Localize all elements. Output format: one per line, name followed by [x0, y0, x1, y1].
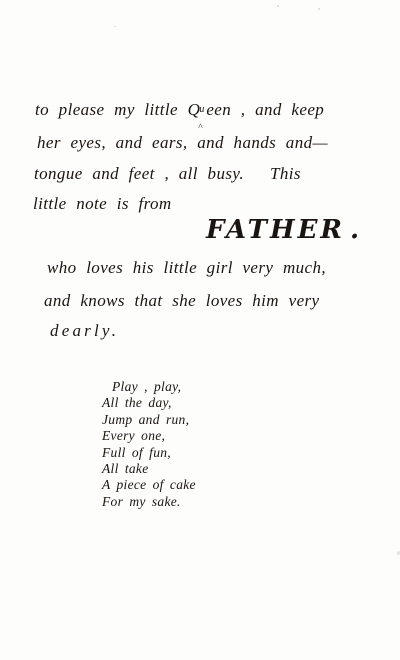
letter-line-6: and knows that she loves him very	[44, 290, 320, 311]
poem-line: All the day,	[102, 395, 196, 411]
poem-line: For my sake.	[102, 494, 196, 510]
letter-line-1-pre: to please my little	[35, 100, 188, 119]
letter-line-3: tongue and feet , all busy.This	[34, 163, 301, 184]
poem-line: A piece of cake	[102, 477, 196, 493]
father-heading: FATHER.	[206, 215, 359, 245]
poem-line: Every one,	[102, 428, 196, 444]
poem-line: Full of fun,	[102, 445, 196, 461]
scan-speckle	[277, 5, 279, 7]
letter-line-4: little note is from	[33, 193, 172, 214]
poem-line: All take	[102, 461, 196, 477]
letter-line-5: who loves his little girl very much,	[47, 257, 326, 278]
scanned-letter-page: to please my little Qu^een , and keep he…	[0, 0, 400, 660]
letter-line-2: her eyes, and ears, and hands and—	[37, 132, 328, 153]
father-word: FATHER	[206, 215, 345, 245]
poem-line: Jump and run,	[102, 412, 196, 428]
queen-rest: een	[206, 100, 231, 119]
scan-speckle	[114, 26, 116, 27]
letter-line-3-tail: This	[270, 163, 301, 184]
letter-line-1: to please my little Qu^een , and keep	[35, 99, 324, 120]
poem-line: Play , play,	[102, 379, 196, 395]
poem-block: Play , play, All the day, Jump and run, …	[102, 379, 196, 510]
father-punctuation: .	[350, 215, 359, 245]
letter-line-3-main: tongue and feet , all busy.	[34, 164, 244, 183]
letter-line-7: dearly.	[50, 320, 119, 341]
letter-line-1-post: , and keep	[231, 100, 324, 119]
scan-speckle	[318, 8, 320, 10]
